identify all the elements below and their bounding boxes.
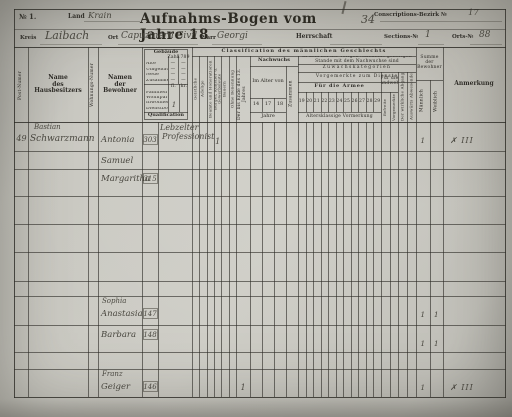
kreis-value: Laibach [45,29,89,42]
land-label: Land [68,14,85,21]
grid-line [298,122,299,397]
grid-line [381,122,382,397]
grid-line [14,252,506,253]
cell-post-number: 49 [15,132,28,144]
grid-line [14,352,506,353]
form-year-handwritten: 34 [361,13,375,26]
class-column-header: Bauern [221,57,228,121]
grid-line [398,122,399,397]
cell-sum-female: 1 [430,338,444,348]
armee-footer: Altersklassige Vormerkung [298,112,381,122]
cell-house-number: 146 [143,381,158,392]
grid-line [88,122,89,397]
grid-line [98,122,99,397]
kreis-label: Kreis [20,35,36,41]
armee-age-cell: 19 [298,93,306,111]
cell-sum-male: 1 [416,382,430,392]
grid-line [236,122,237,397]
cell-nachwuchs-tick: 1 [236,382,250,392]
armee-age-cell: 27 [358,93,366,111]
conscription-label: Conscriptions-Bezirk № [374,12,447,18]
grid-line [14,369,506,370]
grid-line [158,122,159,397]
cell-house-number: 148 [143,329,158,340]
grid-line [416,122,417,397]
nachwuchs-age-cell: 14 [250,99,262,111]
nachwuchs-pre-column: Der bis Ende des 13. Jahres [236,66,250,122]
cell-sum-male: 1 [416,338,430,348]
grid-line [207,122,208,397]
grid-line [373,122,374,397]
grid-line [351,122,352,397]
ort-label: Ort [108,35,118,41]
armee-age-cell: 25 [343,93,351,111]
grid-line [14,296,506,297]
column-header-house-owner: Name des Hausbesitzers [29,60,87,110]
armee-age-cell: 26 [351,93,359,111]
grid-line [192,122,193,397]
bottom-shadow [0,399,512,417]
reserve-label: Für die Landwehr [381,72,398,92]
reserve-column: Befreite [381,92,390,122]
grid-line [328,122,329,397]
grid-line [221,122,222,397]
anmerkung-column-header: Anmerkung [443,47,505,122]
cell-owner-line1: Bastian [34,123,86,132]
abwesende-column-header: Auswärts Abwesende [407,72,416,122]
cell-house-number: 303 [143,134,158,145]
nachwuchs-alter-label: Im Alter von [250,68,286,96]
grid-line [330,44,382,45]
zuwachs-line2: Zuwachskategorien [298,64,416,72]
herrschaft-label: Herrschaft [296,34,332,41]
column-header-post-number: Post-Numer [15,50,28,120]
cell-anmerkung: ✗ III [450,136,495,147]
armee-label: Für die Armee [298,82,381,92]
nachwuchs-title: Nachwuchs [250,56,298,66]
grid-line [313,122,314,397]
grid-line [14,281,506,282]
grid-line [40,44,102,45]
cell-inhabitant-line1: Franz [102,370,142,379]
armee-age-cell: 21 [313,93,321,111]
cell-inhabitant-line2: Anastasia [101,309,145,320]
grid-line [321,122,322,397]
grid-line [199,122,200,397]
grid-line [286,122,287,397]
nachwuchs-post-column: Zusammen [286,66,298,122]
cell-class-tick: 1 [214,136,221,146]
class-column-header: Adelige [199,57,206,121]
summe-male-column: Männlich [416,80,430,122]
grid-line [229,122,230,397]
ort-value: Capuzinern Civil [121,31,197,41]
armee-age-cell: 28 [366,93,374,111]
cell-inhabitant-line1: Sophia [102,297,142,306]
cell-inhabitant-line2: Geiger [101,382,145,393]
nachwuchs-unit: Jahre [250,112,286,122]
cell-sum-female: 1 [430,309,444,319]
cell-owner-line2: Schwarzmann [30,134,88,145]
sheet-number: № 1. [19,12,36,21]
grid-line [14,196,506,197]
reserve-column: Vorgemerkte [390,92,399,122]
section-label: Sections-№ [384,34,418,40]
classification-title: Classification des männlichen Geschlecht… [192,47,416,56]
cell-sum-male: 1 [416,135,430,145]
grid-line [142,47,143,122]
cell-inhabitant-line2: Antonia [101,135,145,146]
column-header-inhabitants: Namen der Bewohner [99,60,141,110]
grid-line [407,122,408,397]
summe-female-column: Weiblich [430,80,444,122]
cell-anmerkung: ✗ III [450,383,495,394]
armee-age-cell: 20 [306,93,314,111]
grid-line [14,397,506,398]
gebaeude-row-label: Zusammen [146,79,168,84]
grid-line [214,122,215,397]
cell-house-number: 147 [143,308,158,319]
grid-line [14,29,506,30]
qualification-label: Qualification [144,112,188,120]
gebaeude-row-label: Alte [146,62,168,67]
qual-mark-handwritten: 1 [170,101,178,109]
grid-line [262,122,263,397]
grid-line [14,224,506,225]
grid-line [250,122,251,397]
class-column-header: Beamte und Honoratioren [207,57,214,121]
grid-line [418,44,444,45]
grid-line [118,44,198,45]
armee-age-cell: 24 [336,93,344,111]
cell-qualification-line2: Professionist [162,132,217,141]
grid-line [28,122,29,397]
cell-house-number: 315 [143,173,158,184]
qual-row-label: Familien [146,91,168,96]
cell-inhabitant-line2: Samuel [101,156,145,167]
qual-row-label: Inwohner [146,101,168,106]
grid-line [430,122,431,397]
armee-age-cell: 22 [321,93,329,111]
nachwuchs-age-cell: 18 [274,99,286,111]
grid-line [14,9,506,10]
pfarr-label: Pfarr [200,35,216,41]
orts-label: Orts-№ [452,34,474,40]
section-value: 1 [425,30,431,40]
grid-line [14,169,506,170]
qual-col-kr: kr. [179,85,189,90]
nachwuchs-age-cell: 17 [262,99,274,111]
cell-sum-male: 1 [416,309,430,319]
scanned-census-form: № 1. Land Krain Aufnahms-Bogen vom Jahre… [0,0,512,417]
cell-qualification-line1: Lebzelter [160,123,215,132]
orts-value: 88 [479,30,490,40]
grid-line [212,44,262,45]
gebaeude-row-dash: — [168,79,178,84]
grid-line [470,44,502,45]
gebaeude-row-label: Neue [146,73,168,78]
grid-line [14,325,506,326]
qual-row-label: Dienstbothen [146,107,168,112]
grid-line [505,9,506,398]
gebaeude-row-dash: — [178,79,189,84]
grid-line [84,21,140,22]
grid-line [358,122,359,397]
grid-line [390,122,391,397]
gebaeude-row-label: Umgebaute [146,68,168,73]
grid-line [366,122,367,397]
grid-line [336,122,337,397]
grid-line [443,122,444,397]
grid-line [380,21,502,22]
summe-title: Summe der Bewohner [417,48,443,79]
armee-age-cell: 29 [373,93,381,111]
qual-row-label: Wohnparteien [146,96,168,101]
column-header-dwelling-number: Wohnungs-Numer [89,50,98,120]
pfarr-value: Georgi [217,31,248,41]
cell-inhabitant-line2: Barbara [101,330,145,341]
land-value: Krain [88,11,112,21]
grid-line [343,122,344,397]
class-column-header: Ohne Benennung [229,57,236,121]
grid-line [14,151,506,152]
cell-inhabitant-line2: Margaritha [101,174,145,185]
armee-age-cell: 23 [328,93,336,111]
grid-line [306,122,307,397]
abgang-column-header: Der wirkliche Abgang [398,72,407,122]
grid-line [274,122,275,397]
zuwachs-line1: In dem bei der vorigen Aufnahme gehörige… [299,56,415,64]
qual-col-fl: fl. [168,85,179,90]
